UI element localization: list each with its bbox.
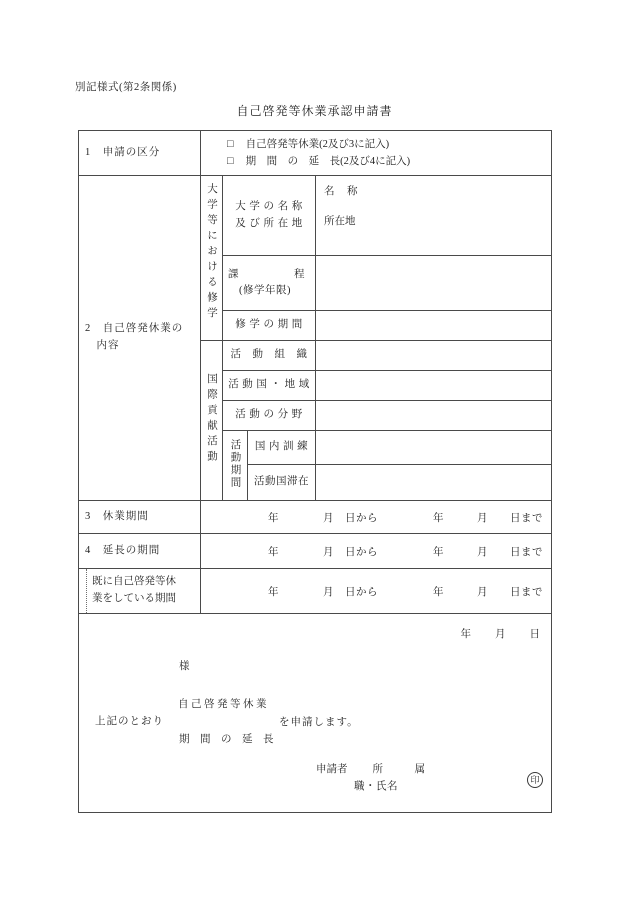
activity-period-cell: 活動期間 <box>223 431 248 501</box>
self-development-checkbox[interactable]: □ <box>227 136 234 153</box>
study-group-cell: 大学等における修学 <box>201 176 223 341</box>
activity-field-label: 活 動 の 分 野 <box>223 401 316 431</box>
statement-prefix: 上記のとおり <box>95 715 164 729</box>
applicant-label: 申請者 <box>316 763 348 777</box>
university-row: 2 自己啓発休業の 内容 大学等における修学 大 学 の 名 称 及 び 所 在… <box>79 176 552 256</box>
study-period-label: 修 学 の 期 間 <box>223 311 316 341</box>
form-note: 別記様式(第2条関係) <box>75 79 177 94</box>
previous-leave-row: 既に自己啓発等休 業をしている期間 年 月 日から 年 月 日まで <box>79 569 552 614</box>
extension-period-field[interactable]: 年 月 日から 年 月 日まで <box>201 534 552 569</box>
section1-row: 1 申請の区分 □ 自己啓発等休業(2及び3に記入) □ 期 間 の 延 長(2… <box>79 131 552 176</box>
applicant-line: 申請者 所 属 <box>316 763 425 777</box>
footer-row: 年 月 日 様 自己啓発等休業 上記のとおり を申請します。 期 間 の 延 長… <box>79 614 552 813</box>
footer-cell: 年 月 日 様 自己啓発等休業 上記のとおり を申請します。 期 間 の 延 長… <box>79 614 552 813</box>
section2-label: 2 自己啓発休業の 内容 <box>79 176 201 501</box>
seal-mark: 印 <box>527 772 543 788</box>
course-field[interactable] <box>316 256 552 311</box>
university-name-label: 大 学 の 名 称 及 び 所 在 地 <box>223 176 316 256</box>
study-group-vertical-label: 大学等における修学 <box>204 183 219 323</box>
university-name-field[interactable]: 名 称 所在地 <box>316 176 552 256</box>
activity-period-vertical-label: 活動期間 <box>228 439 243 489</box>
statement-suffix: を申請します。 <box>279 716 359 730</box>
country-region-field[interactable] <box>316 371 552 401</box>
contribution-group-vertical-label: 国際貢献活動 <box>204 373 219 466</box>
section3-label: 3 休業期間 <box>79 501 201 534</box>
domestic-training-label: 国 内 訓 練 <box>248 431 316 465</box>
option-self-development-label: 自己啓発等休業(2及び3に記入) <box>246 136 390 153</box>
option-period-extension: □ 期 間 の 延 長(2及び4に記入) <box>227 153 551 170</box>
domestic-training-field[interactable] <box>316 431 552 465</box>
leave-period-field[interactable]: 年 月 日から 年 月 日まで <box>201 501 552 534</box>
organization-label: 活 動 組 織 <box>223 341 316 371</box>
position-name-label[interactable]: 職・氏名 <box>354 780 398 794</box>
document-page: 別記様式(第2条関係) 自己啓発等休業承認申請書 1 申請の区分 □ 自己啓発等… <box>0 0 630 915</box>
abroad-stay-label: 活動国滞在 <box>248 465 316 501</box>
abroad-stay-field[interactable] <box>316 465 552 501</box>
section4-label: 4 延長の期間 <box>79 534 201 569</box>
period-extension-checkbox[interactable]: □ <box>227 153 234 170</box>
statement-option-self-development: 自己啓発等休業 <box>178 698 269 712</box>
name-label: 名 称 <box>324 184 543 200</box>
date-line[interactable]: 年 月 日 <box>461 628 542 642</box>
statement-option-period-extension: 期 間 の 延 長 <box>179 733 274 747</box>
option-period-extension-label: 期 間 の 延 長(2及び4に記入) <box>246 153 411 170</box>
form-title: 自己啓発等休業承認申請書 <box>78 102 551 119</box>
section4-row: 4 延長の期間 年 月 日から 年 月 日まで <box>79 534 552 569</box>
application-type-options: □ 自己啓発等休業(2及び3に記入) □ 期 間 の 延 長(2及び4に記入) <box>201 131 552 176</box>
contribution-group-cell: 国際貢献活動 <box>201 341 223 501</box>
affiliation-label[interactable]: 所 属 <box>373 763 426 777</box>
activity-field-field[interactable] <box>316 401 552 431</box>
section1-label: 1 申請の区分 <box>79 131 201 176</box>
application-form-table: 1 申請の区分 □ 自己啓発等休業(2及び3に記入) □ 期 間 の 延 長(2… <box>78 130 552 813</box>
address-label: 所在地 <box>324 214 543 230</box>
country-region-label: 活 動 国 ・ 地 域 <box>223 371 316 401</box>
addressee-label: 様 <box>179 660 190 674</box>
study-period-field[interactable] <box>316 311 552 341</box>
previous-leave-label: 既に自己啓発等休 業をしている期間 <box>79 569 201 614</box>
option-self-development: □ 自己啓発等休業(2及び3に記入) <box>227 136 551 153</box>
section3-row: 3 休業期間 年 月 日から 年 月 日まで <box>79 501 552 534</box>
course-label: 課 程 (修学年限) <box>223 256 316 311</box>
previous-leave-period-field[interactable]: 年 月 日から 年 月 日まで <box>201 569 552 614</box>
organization-field[interactable] <box>316 341 552 371</box>
